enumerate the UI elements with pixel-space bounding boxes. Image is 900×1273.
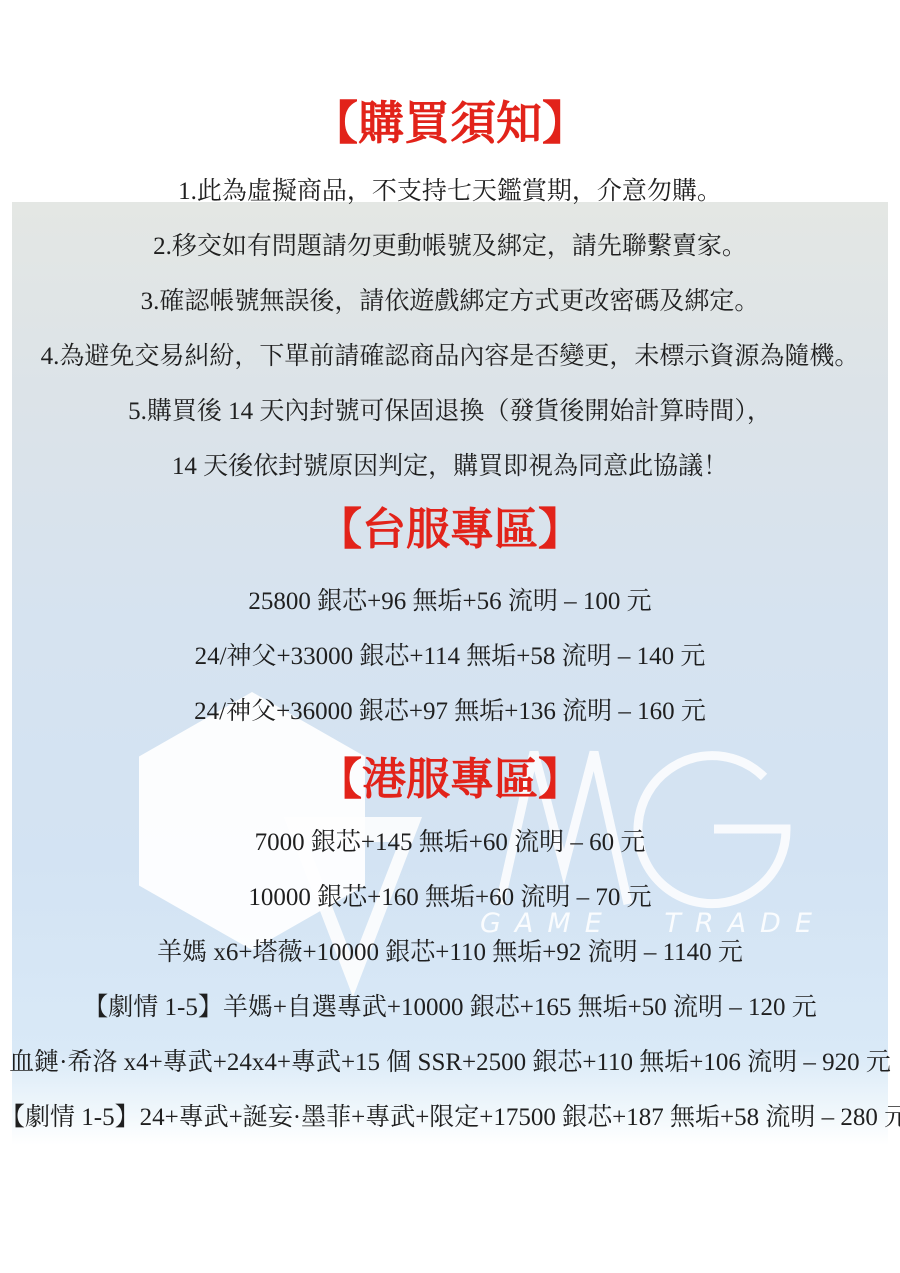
notice-line-5: 5.購買後 14 天內封號可保固退換（發貨後開始計算時間）， <box>0 395 900 429</box>
page-title: 【購買須知】 <box>0 94 900 154</box>
notice-line-2: 2.移交如有問題請勿更動帳號及綁定，請先聯繫賣家。 <box>0 230 900 264</box>
price-line-tw-1: 25800 銀芯+96 無垢+56 流明 – 100 元 <box>0 585 900 619</box>
price-line-hk-6: 【劇情 1-5】24+專武+誕妄·墨菲+專武+限定+17500 銀芯+187 無… <box>0 1101 900 1135</box>
price-line-hk-1: 7000 銀芯+145 無垢+60 流明 – 60 元 <box>0 826 900 860</box>
section-title-taiwan: 【台服專區】 <box>0 501 900 559</box>
price-line-tw-3: 24/神父+36000 銀芯+97 無垢+136 流明 – 160 元 <box>0 695 900 729</box>
price-line-hk-2: 10000 銀芯+160 無垢+60 流明 – 70 元 <box>0 881 900 915</box>
notice-line-4: 4.為避免交易糾紛，下單前請確認商品內容是否變更，未標示資源為隨機。 <box>0 340 900 374</box>
product-listing-image: GAME TRADE 【購買須知】 1.此為虛擬商品，不支持七天鑑賞期，介意勿購… <box>0 0 900 1273</box>
price-line-hk-5: 血鏈·希洛 x4+專武+24x4+專武+15 個 SSR+2500 銀芯+110… <box>0 1046 900 1080</box>
notice-line-3: 3.確認帳號無誤後，請依遊戲綁定方式更改密碼及綁定。 <box>0 285 900 319</box>
price-line-hk-3: 羊媽 x6+塔薇+10000 銀芯+110 無垢+92 流明 – 1140 元 <box>0 936 900 970</box>
price-line-tw-2: 24/神父+33000 銀芯+114 無垢+58 流明 – 140 元 <box>0 640 900 674</box>
notice-line-1: 1.此為虛擬商品，不支持七天鑑賞期，介意勿購。 <box>0 175 900 209</box>
section-title-hongkong: 【港服專區】 <box>0 751 900 809</box>
price-line-hk-4: 【劇情 1-5】羊媽+自選專武+10000 銀芯+165 無垢+50 流明 – … <box>0 991 900 1025</box>
notice-line-5-continued: 14 天後依封號原因判定，購買即視為同意此協議！ <box>0 450 900 484</box>
